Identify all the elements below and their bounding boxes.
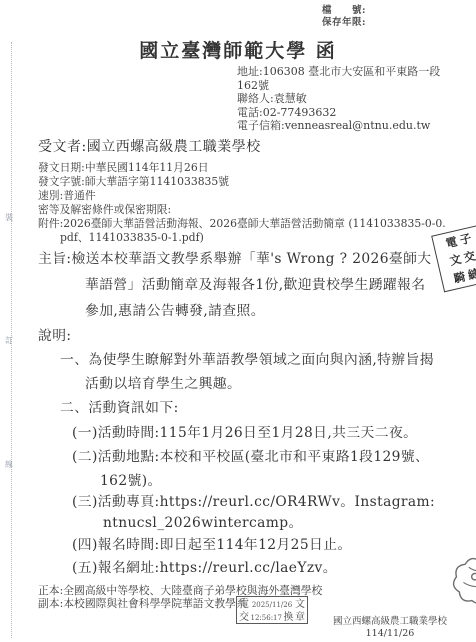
description-sub3-line1: (三)活動專頁:https://reurl.cc/OR4RWv。Instagra… [72,490,435,510]
meta-block: 發文日期:中華民國114年11月26日 發文字號:師大華語字第114103383… [38,161,446,244]
stamp-date: 2025/11/26 [252,599,292,612]
scalloped-seal-icon [443,548,476,614]
description-sub1: (一)活動時間:115年1月26日至1月28日,共三天二夜。 [72,421,417,441]
receiver-date: 114/11/26 [320,628,460,640]
description-sub5: (五)報名網址:https://reurl.cc/laeYzv。 [72,556,337,576]
binding-char-zhuang: 裝 [5,212,13,223]
retention-period-label: 保存年限: [322,17,366,29]
recipient-line: 受文者:國立西螺高級農工職業學校 [38,136,261,156]
sender-email: 電子信箱:venneasreal@ntnu.edu.tw [237,119,440,133]
doc-number: 發文字號:師大華語字第1141033835號 [38,175,446,189]
description-sub3-line2: ntnucsl_2026wintercamp。 [103,511,303,531]
official-letter-page: 裝 訂 線 檔 號: 保存年限: 國立臺灣師範大學 函 地址:106308 臺北… [0,0,476,642]
binding-char-ding: 訂 [5,335,13,346]
description-item1-line1: 一、為使學生瞭解對外華語教學領域之面向與內涵,特辦旨揭 [60,348,434,368]
sender-phone: 電話:02-77493632 [237,106,440,120]
stamp-char-dian: 電 [239,598,249,611]
file-number-label: 檔 號: [322,5,366,17]
subject-line3: 參加,惠請公告轉發,請查照。 [85,299,265,319]
description-item1-line2: 活動以培育學生之興趣。 [85,372,241,392]
sender-contact: 聯絡人:袁慧敏 [237,92,440,106]
sender-address-line2: 162號 [237,79,440,93]
sender-info-block: 地址:106308 臺北市大安區和平東路一段 162號 聯絡人:袁慧敏 電話:0… [237,65,440,133]
stamp-time: 12:56:17 [251,612,282,625]
stamp-char-zhang: 章 [295,611,305,624]
security-class: 密等及解密條件或保密期限: [38,203,446,217]
receiver-school-name: 國立西螺高級農工職業學校 [320,616,460,628]
description-item2: 二、活動資訊如下: [60,396,179,416]
seam-stamp: 電子 文交 騎縫 [431,224,476,293]
electronic-exchange-stamp: 電 2025/11/26 文 交 12:56:17 換 章 [236,596,308,624]
speed-class: 速別:普通件 [38,189,446,203]
issue-date: 發文日期:中華民國114年11月26日 [38,161,446,175]
receiver-school-block: 國立西螺高級農工職業學校 114/11/26 [320,616,460,640]
stamp-char-jiao: 交 [239,611,249,624]
description-sub2-line1: (二)活動地點:本校和平校區(臺北市和平東路1段129號、 [72,445,429,465]
description-sub4: (四)報名時間:即日起至114年12月25日止。 [72,533,352,553]
attachment-line2: pdf、1141033835-0-1.pdf) [38,231,446,245]
sender-address-line1: 地址:106308 臺北市大安區和平東路一段 [237,65,440,79]
subject-line2: 華語營」活動簡章及海報各1份,歡迎貴校學生踴躍報名 [85,273,426,293]
letter-title: 國立臺灣師範大學 函 [0,36,476,63]
description-sub2-line2: 162號)。 [100,469,162,489]
copy-recipients: 副本:本校國際與社會科學學院華語文教學系 [38,597,247,610]
stamp-char-wen: 文 [295,598,305,611]
description-heading: 說明: [38,324,71,344]
stamp-char-huan: 換 [283,611,293,624]
attachment-line1: 附件:2026臺師大華語營活動海報、2026臺師大華語營活動簡章 (114103… [38,217,446,231]
subject-line1: 主旨:檢送本校華語文教學系舉辦「華's Wrong ? 2026臺師大 [38,247,432,267]
binding-char-xian: 線 [5,459,13,470]
